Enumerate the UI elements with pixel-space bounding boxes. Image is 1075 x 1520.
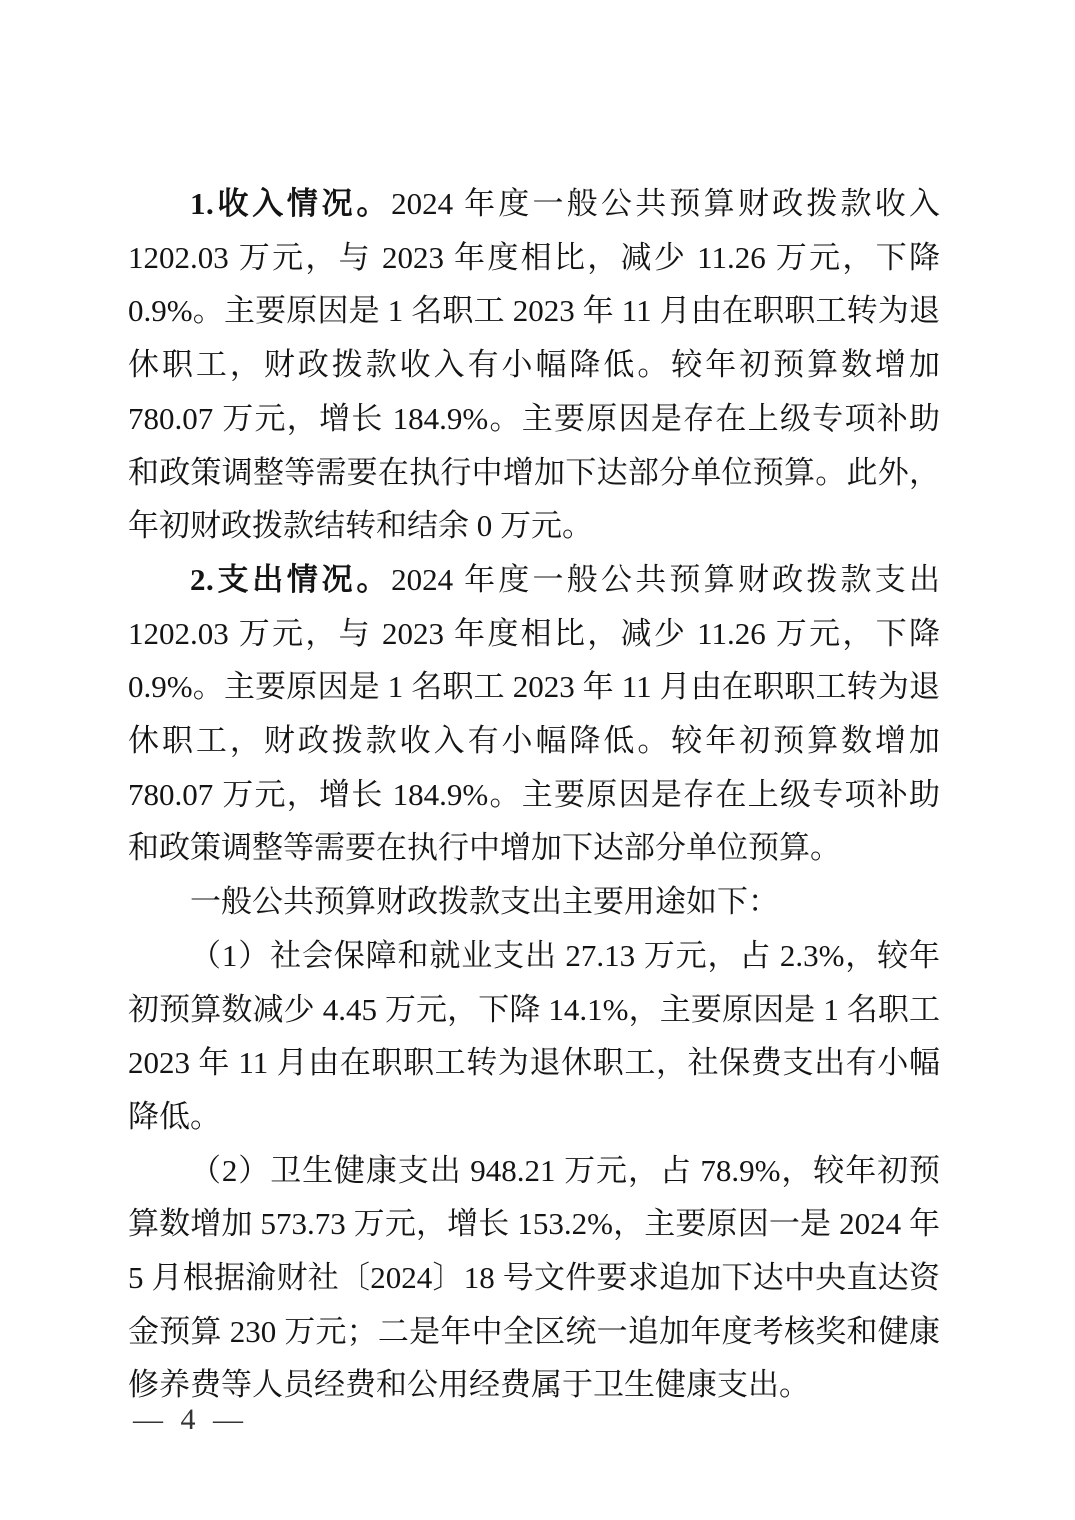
paragraph-expenditure-summary: 2.支出情况。2024 年度一般公共预算财政拨款支出 1202.03 万元，与 … — [128, 553, 940, 875]
document-body: 1.收入情况。2024 年度一般公共预算财政拨款收入 1202.03 万元，与 … — [128, 177, 940, 1412]
income-section-heading: 1.收入情况。 — [190, 186, 391, 221]
health-expenditure-text: （2）卫生健康支出 948.21 万元，占 78.9%，较年初预算数增加 573… — [128, 1153, 940, 1403]
paragraph-social-security-expenditure: （1）社会保障和就业支出 27.13 万元，占 2.3%，较年初预算数减少 4.… — [128, 929, 940, 1144]
page-number: — 4 — — [133, 1402, 248, 1438]
paragraph-health-expenditure: （2）卫生健康支出 948.21 万元，占 78.9%，较年初预算数增加 573… — [128, 1144, 940, 1413]
expenditure-section-text: 2024 年度一般公共预算财政拨款支出 1202.03 万元，与 2023 年度… — [128, 562, 940, 866]
social-security-text: （1）社会保障和就业支出 27.13 万元，占 2.3%，较年初预算数减少 4.… — [128, 938, 940, 1134]
paragraph-usage-intro: 一般公共预算财政拨款支出主要用途如下： — [128, 875, 940, 929]
income-section-text: 2024 年度一般公共预算财政拨款收入 1202.03 万元，与 2023 年度… — [128, 186, 940, 543]
usage-intro-text: 一般公共预算财政拨款支出主要用途如下： — [190, 884, 779, 919]
expenditure-section-heading: 2.支出情况。 — [190, 562, 391, 597]
document-page: 1.收入情况。2024 年度一般公共预算财政拨款收入 1202.03 万元，与 … — [0, 0, 1075, 1520]
paragraph-income-summary: 1.收入情况。2024 年度一般公共预算财政拨款收入 1202.03 万元，与 … — [128, 177, 940, 553]
